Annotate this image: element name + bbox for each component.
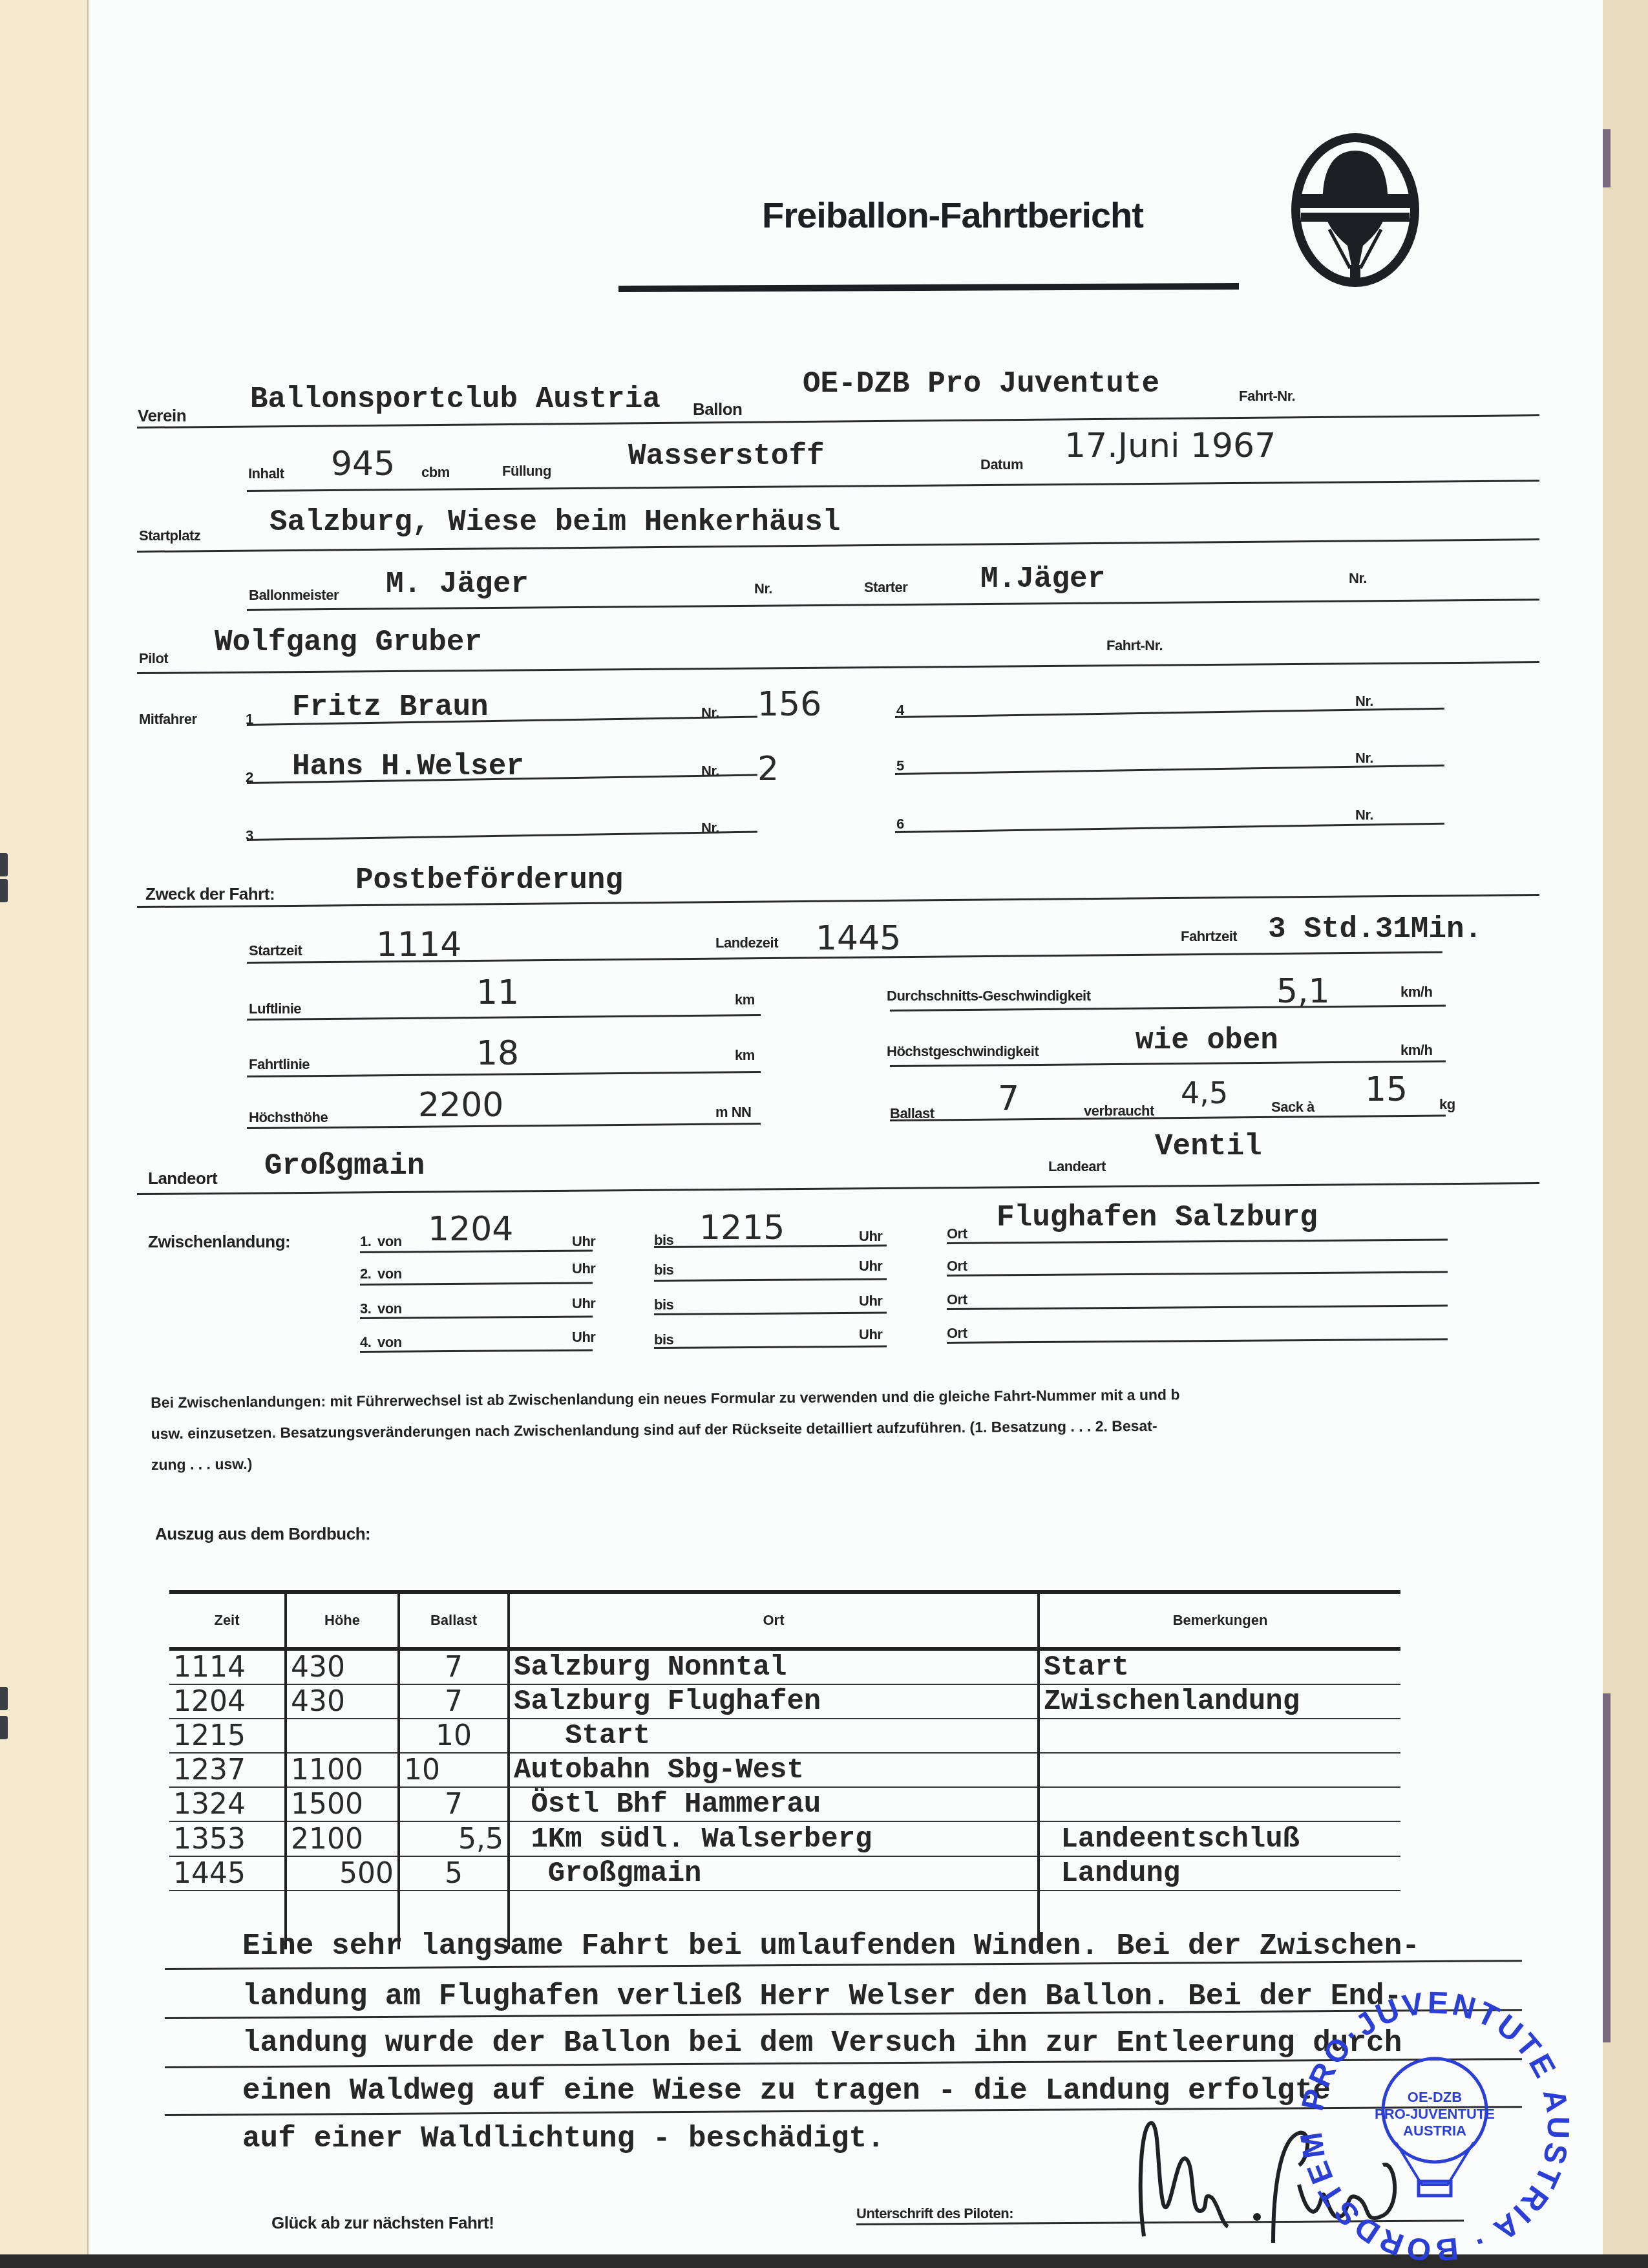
cell-ort[interactable]: Großgmain [509, 1856, 1039, 1891]
zl-2-bis-line [654, 1278, 887, 1282]
stamp-inner-line-2: PRO-JUVENTUTE [1375, 2106, 1495, 2122]
zl-1-von-line [360, 1249, 593, 1253]
form-title: Freiballon-Fahrtbericht [762, 194, 1143, 236]
zl-2-uhr2-label: Uhr [859, 1258, 882, 1275]
mitfahrer-2-nr-label: Nr. [701, 763, 719, 779]
pilot-fahrt-nr-label: Fahrt-Nr. [1106, 637, 1163, 654]
table-row: 1324 1500 7 Östl Bhf Hammerau [169, 1787, 1400, 1821]
col-ort: Ort [509, 1592, 1039, 1649]
binder-left-margin [0, 0, 89, 2268]
verbraucht-value[interactable]: 4,5 [1181, 1076, 1228, 1110]
ballonmeister-nr-label: Nr. [754, 580, 772, 597]
mitfahrer-3-index: 3 [246, 827, 253, 844]
col-hoehe: Höhe [286, 1592, 399, 1649]
remark-line-3[interactable]: landung wurde der Ballon bei dem Versuch… [242, 2026, 1402, 2060]
zl-2-bis-label: bis [654, 1262, 673, 1278]
cell-ballast[interactable]: 10 [399, 1719, 509, 1753]
fahrt-nr-label: Fahrt-Nr. [1239, 388, 1295, 405]
cell-zeit[interactable]: 1353 [169, 1821, 286, 1856]
zweck-label: Zweck der Fahrt: [145, 884, 275, 904]
zweck-value[interactable]: Postbeförderung [355, 864, 623, 897]
stamp-inner-line-1: OE-DZB [1408, 2089, 1462, 2105]
title-underline [618, 283, 1239, 292]
startzeit-label: Startzeit [249, 942, 302, 959]
ballonmeister-label: Ballonmeister [249, 587, 339, 604]
binder-ribbon [1603, 1693, 1611, 2042]
table-row: 1445 500 5 Großgmain Landung [169, 1856, 1400, 1891]
cell-hoehe[interactable]: 500 [286, 1856, 399, 1891]
fahrtzeit-label: Fahrtzeit [1181, 928, 1237, 945]
cell-ort[interactable]: 1Km südl. Walserberg [509, 1821, 1039, 1856]
cell-hoehe[interactable]: 1500 [286, 1787, 399, 1821]
luftlinie-line [247, 1014, 761, 1021]
landeart-value[interactable]: Ventil [1155, 1130, 1262, 1163]
cell-zeit[interactable]: 1324 [169, 1787, 286, 1821]
greeting-text: Glück ab zur nächsten Fahrt! [271, 2213, 494, 2233]
zl-3-ort-label: Ort [947, 1291, 967, 1308]
hoechsthoehe-unit: m NN [715, 1104, 751, 1121]
mitfahrer-6-nr-label: Nr. [1355, 807, 1373, 823]
cell-bemerkung[interactable]: Landung [1039, 1856, 1400, 1891]
mitfahrer-3-line [247, 831, 757, 841]
mitfahrer-6-line [895, 823, 1444, 833]
mitfahrer-5-nr-label: Nr. [1355, 750, 1373, 767]
remark-line-4[interactable]: einen Waldweg auf eine Wiese zu tragen -… [242, 2074, 1331, 2108]
startplatz-line [137, 538, 1539, 553]
ballast-unit: kg [1439, 1096, 1455, 1113]
cell-ort[interactable]: Salzburg Nonntal [509, 1649, 1039, 1684]
cell-zeit[interactable]: 1204 [169, 1684, 286, 1719]
zweck-line [137, 894, 1539, 908]
cell-bemerkung[interactable]: Landeentschluß [1039, 1821, 1400, 1856]
cell-hoehe[interactable]: 430 [286, 1649, 399, 1684]
inhalt-line [247, 480, 1539, 492]
mitfahrer-4-line [895, 708, 1444, 718]
remark-line-1[interactable]: Eine sehr langsame Fahrt bei umlaufenden… [242, 1929, 1420, 1963]
cell-hoehe[interactable]: 2100 [286, 1821, 399, 1856]
cell-zeit[interactable]: 1237 [169, 1753, 286, 1787]
mitfahrer-1-name[interactable]: Fritz Braun [292, 690, 489, 724]
remark-line-5[interactable]: auf einer Waldlichtung - beschädigt. [242, 2122, 885, 2156]
starter-nr-label: Nr. [1349, 570, 1367, 587]
zl-1-number: 1. [360, 1233, 371, 1250]
zl-4-uhr-label: Uhr [572, 1329, 595, 1346]
binder-tab [0, 1687, 8, 1710]
hoechstgeschwindigkeit-line [890, 1060, 1446, 1067]
cell-ort[interactable]: Östl Bhf Hammerau [509, 1787, 1039, 1821]
hoechsthoehe-label: Höchsthöhe [249, 1109, 328, 1126]
cell-zeit[interactable]: 1215 [169, 1719, 286, 1753]
zl-1-ort-label: Ort [947, 1225, 967, 1242]
cell-bemerkung[interactable]: Zwischenlandung [1039, 1684, 1400, 1719]
sack-label: Sack à [1271, 1099, 1315, 1116]
ballast-line [890, 1114, 1446, 1121]
cell-hoehe[interactable]: 1100 [286, 1753, 399, 1787]
mitfahrer-1-nr[interactable]: 156 [757, 685, 821, 724]
ballast-value[interactable]: 7 [998, 1079, 1019, 1118]
zl-3-number: 3. [360, 1300, 371, 1317]
mitfahrer-4-nr-label: Nr. [1355, 693, 1373, 710]
zl-3-bis-label: bis [654, 1297, 673, 1313]
verein-value[interactable]: Ballonsportclub Austria [250, 383, 660, 416]
hoechstgeschwindigkeit-value[interactable]: wie oben [1136, 1024, 1278, 1057]
zl-3-uhr-label: Uhr [572, 1295, 595, 1312]
zl-2-ort-label: Ort [947, 1258, 967, 1275]
zl-2-uhr-label: Uhr [572, 1260, 595, 1277]
startplatz-label: Startplatz [139, 527, 200, 544]
zl-2-von-label: von [377, 1266, 402, 1282]
zl-4-ort-line [947, 1339, 1448, 1344]
luftlinie-unit: km [735, 991, 755, 1008]
binder-tab [0, 853, 8, 876]
zl-1-von-value[interactable]: 1204 [428, 1210, 513, 1249]
col-zeit: Zeit [169, 1592, 286, 1649]
cell-bemerkung[interactable] [1039, 1787, 1400, 1821]
binder-tab [0, 879, 8, 902]
pilot-line [137, 661, 1539, 674]
zl-4-von-label: von [377, 1334, 402, 1351]
zl-4-uhr2-label: Uhr [859, 1326, 882, 1343]
verein-line [137, 414, 1539, 429]
datum-label: Datum [980, 456, 1023, 473]
zl-1-von-label: von [377, 1233, 402, 1250]
fuellung-label: Füllung [502, 463, 551, 480]
cell-zeit[interactable]: 1445 [169, 1856, 286, 1891]
landeort-value[interactable]: Großgmain [264, 1149, 425, 1183]
startplatz-value[interactable]: Salzburg, Wiese beim Henkerhäusl [269, 505, 840, 539]
zl-2-von-line [360, 1282, 593, 1286]
cell-ort[interactable]: Start [509, 1719, 1039, 1753]
zl-4-bis-label: bis [654, 1331, 673, 1348]
cell-ballast[interactable]: 7 [399, 1684, 509, 1719]
landeort-label: Landeort [148, 1169, 217, 1189]
table-row: 1204 430 7 Salzburg Flughafen Zwischenla… [169, 1684, 1400, 1719]
cell-ballast[interactable]: 10 [399, 1753, 509, 1787]
zl-3-von-label: von [377, 1300, 402, 1317]
cell-ballast[interactable]: 7 [399, 1649, 509, 1684]
fuellung-value[interactable]: Wasserstoff [628, 440, 825, 473]
landezeit-value[interactable]: 1445 [816, 919, 901, 958]
cell-hoehe[interactable] [286, 1719, 399, 1753]
datum-value[interactable]: 17.Juni 1967 [1064, 427, 1276, 465]
binder-right-margin [1603, 0, 1648, 2268]
mitfahrer-5-index: 5 [896, 758, 904, 774]
luftlinie-label: Luftlinie [249, 1001, 301, 1017]
fahrtlinie-value[interactable]: 18 [476, 1034, 519, 1073]
mitfahrer-2-nr[interactable]: 2 [757, 750, 779, 789]
durchschnitt-line [890, 1004, 1446, 1012]
durchschnitt-label: Durchschnitts-Geschwindigkeit [887, 988, 1091, 1004]
sack-value[interactable]: 15 [1365, 1070, 1408, 1109]
bordstempel-stamp: PRO·JUVENTUTE AUSTRIA · BORDSTEMPEL · OE… [1299, 1991, 1570, 2262]
starter-label: Starter [864, 579, 907, 596]
signature-label: Unterschrift des Piloten: [856, 2205, 1013, 2222]
inhalt-value[interactable]: 945 [331, 445, 395, 483]
fahrtlinie-unit: km [735, 1047, 755, 1064]
landeort-line [137, 1182, 1539, 1195]
table-row: 1237 1100 10 Autobahn Sbg-West [169, 1753, 1400, 1787]
cell-hoehe[interactable]: 430 [286, 1684, 399, 1719]
startzeit-value[interactable]: 1114 [376, 926, 461, 964]
bordbuch-table: Zeit Höhe Ballast Ort Bemerkungen 1114 4… [169, 1590, 1400, 1949]
hoechstgeschwindigkeit-unit: km/h [1400, 1042, 1432, 1059]
landezeit-label: Landezeit [715, 935, 778, 951]
bordbuch-header-row: Zeit Höhe Ballast Ort Bemerkungen [169, 1592, 1400, 1649]
cell-ballast[interactable]: 5,5 [399, 1821, 509, 1856]
cell-bemerkung[interactable] [1039, 1753, 1400, 1787]
mitfahrer-label: Mitfahrer [139, 711, 197, 728]
zl-4-number: 4. [360, 1334, 371, 1351]
cell-ballast[interactable]: 7 [399, 1787, 509, 1821]
mitfahrer-3-nr-label: Nr. [701, 820, 719, 836]
instructions-text: Bei Zwischenlandungen: mit Führerwechsel… [151, 1377, 1470, 1480]
cell-bemerkung[interactable] [1039, 1719, 1400, 1753]
zl-1-ort-line [947, 1239, 1448, 1244]
zl-2-number: 2. [360, 1266, 371, 1282]
ballon-label: Ballon [693, 399, 742, 419]
durchschnitt-unit: km/h [1400, 984, 1432, 1001]
zl-1-bis-line [654, 1244, 887, 1248]
binder-tab [0, 1716, 8, 1739]
hoechsthoehe-value[interactable]: 2200 [418, 1086, 503, 1125]
mitfahrer-6-index: 6 [896, 816, 904, 832]
zl-3-ort-line [947, 1305, 1448, 1310]
table-row: 1215 10 Start [169, 1719, 1400, 1753]
balloon-emblem-icon [1291, 132, 1420, 288]
ballonmeister-value[interactable]: M. Jäger [386, 567, 529, 601]
pilot-label: Pilot [139, 650, 168, 667]
inhalt-label: Inhalt [248, 465, 284, 482]
zl-1-uhr-label: Uhr [572, 1233, 595, 1250]
landeart-label: Landeart [1048, 1158, 1106, 1175]
col-ballast: Ballast [399, 1592, 509, 1649]
cell-ort[interactable]: Autobahn Sbg-West [509, 1753, 1039, 1787]
verein-label: Verein [138, 406, 186, 426]
zl-1-uhr2-label: Uhr [859, 1228, 882, 1245]
zl-3-uhr2-label: Uhr [859, 1293, 882, 1309]
stamp-inner-line-3: AUSTRIA [1403, 2123, 1466, 2139]
fahrtlinie-label: Fahrtlinie [249, 1056, 310, 1073]
cell-zeit[interactable]: 1114 [169, 1649, 286, 1684]
mitfahrer-1-nr-label: Nr. [701, 705, 719, 721]
cell-bemerkung[interactable]: Start [1039, 1649, 1400, 1684]
table-row: 1114 430 7 Salzburg Nonntal Start [169, 1649, 1400, 1684]
bordbuch-label: Auszug aus dem Bordbuch: [155, 1524, 370, 1544]
zl-1-ort-value[interactable]: Flughafen Salzburg [997, 1201, 1318, 1235]
zl-4-bis-line [654, 1345, 887, 1349]
binder-ribbon [1603, 129, 1611, 187]
zl-1-bis-value[interactable]: 1215 [699, 1209, 785, 1247]
starter-value[interactable]: M.Jäger [980, 562, 1105, 596]
inhalt-unit: cbm [421, 464, 450, 481]
zl-2-ort-line [947, 1271, 1448, 1277]
table-row: 1353 2100 5,5 1Km südl. Walserberg Lande… [169, 1821, 1400, 1856]
mitfahrer-5-line [895, 765, 1444, 775]
cell-ort[interactable]: Salzburg Flughafen [509, 1684, 1039, 1719]
zl-3-bis-line [654, 1311, 887, 1315]
pilot-value[interactable]: Wolfgang Gruber [215, 626, 482, 659]
durchschnitt-value[interactable]: 5,1 [1276, 972, 1330, 1011]
luftlinie-value[interactable]: 11 [476, 973, 519, 1012]
remark-line-2[interactable]: landung am Flughafen verließ Herr Welser… [242, 1980, 1402, 2013]
col-bemerkungen: Bemerkungen [1039, 1592, 1400, 1649]
zwischenlandung-label: Zwischenlandung: [148, 1232, 290, 1252]
hoechstgeschwindigkeit-label: Höchstgeschwindigkeit [887, 1043, 1039, 1060]
fahrtzeit-value[interactable]: 3 Std.31Min. [1268, 913, 1482, 946]
cell-ballast[interactable]: 5 [399, 1856, 509, 1891]
zl-4-ort-label: Ort [947, 1325, 967, 1342]
ballon-value[interactable]: OE-DZB Pro Juventute [803, 367, 1159, 401]
